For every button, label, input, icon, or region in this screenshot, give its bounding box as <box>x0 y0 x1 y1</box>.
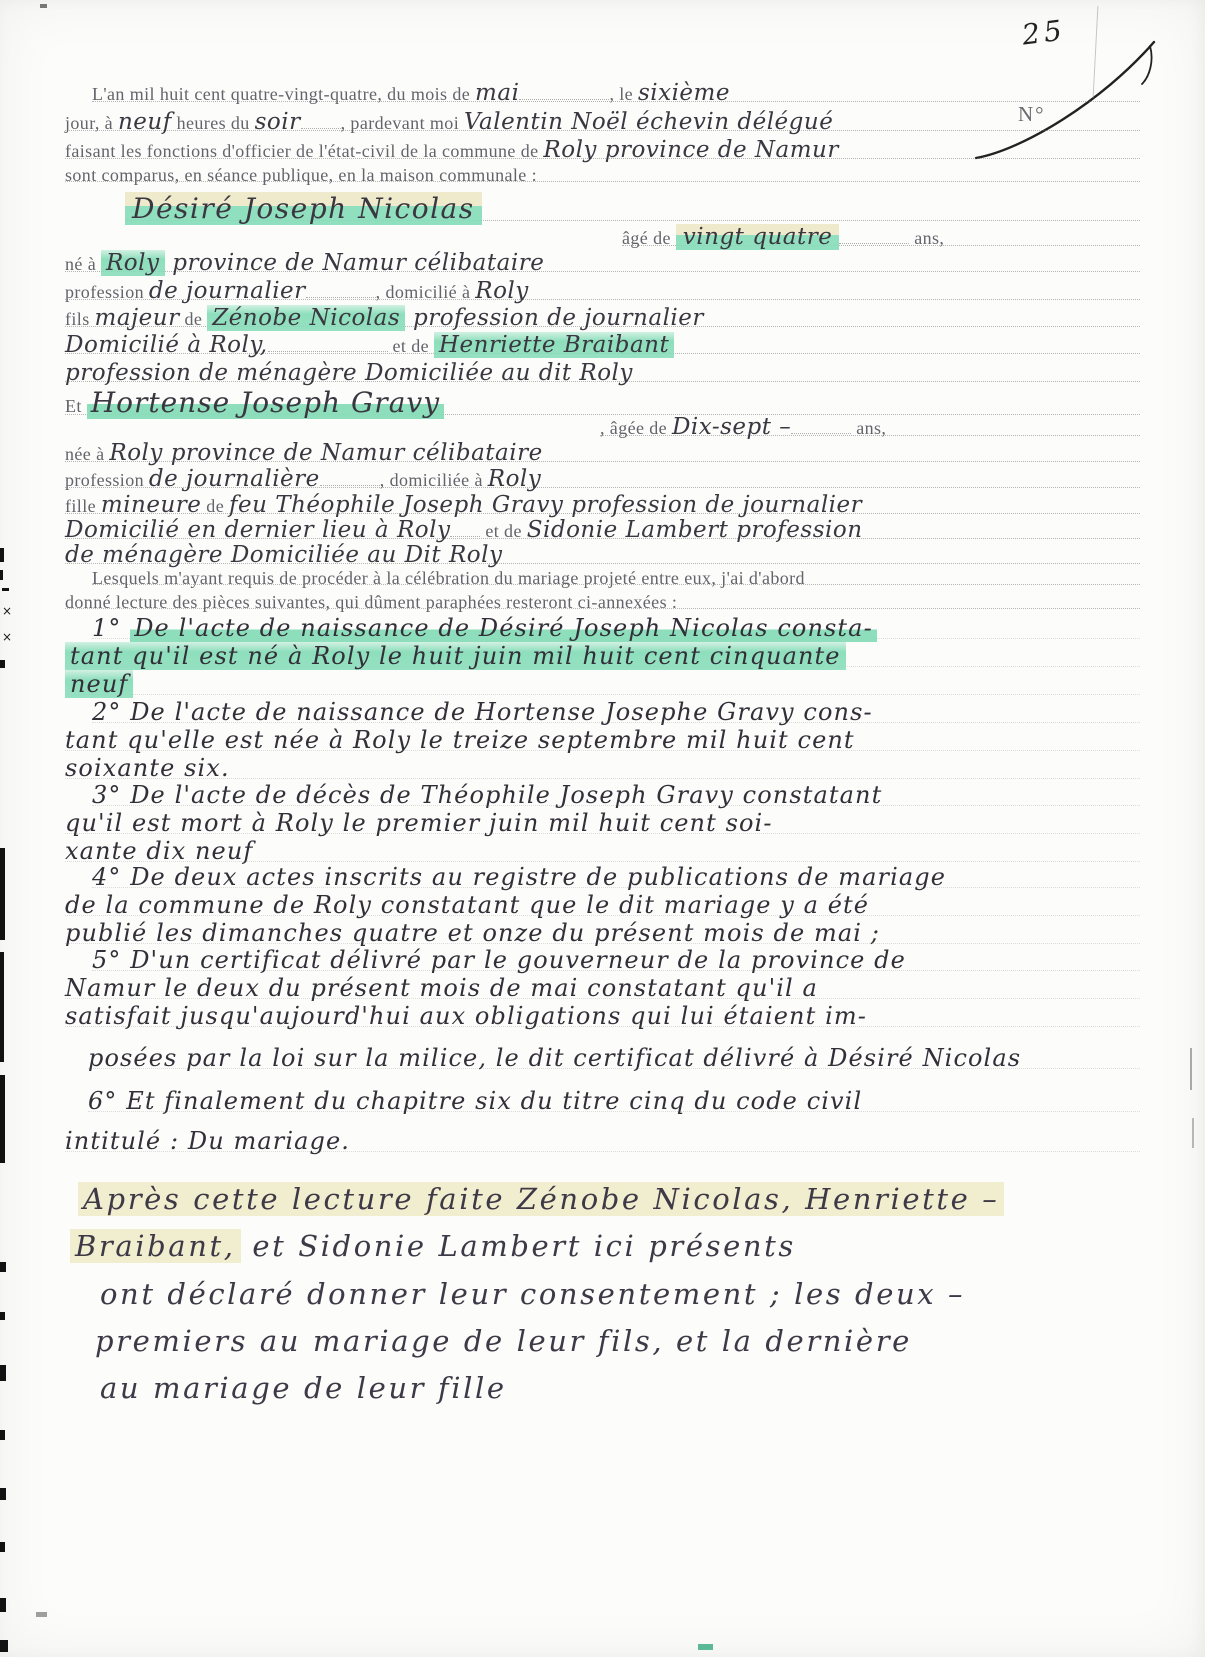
handwritten-text: 2° De l'acte de naissance de Hortense Jo… <box>92 698 873 726</box>
scan-artifact <box>0 1365 6 1381</box>
handwritten-text: tant qu'il est né à Roly le huit juin mi… <box>65 642 846 670</box>
handwritten-text: Henriette Braibant <box>434 332 674 358</box>
scan-artifact <box>0 1262 6 1272</box>
doc-line: neuf <box>65 671 133 699</box>
handwritten-text: profession de journalier <box>405 305 704 331</box>
handwritten-text: neuf <box>118 109 172 135</box>
handwritten-text: 3° De l'acte de décès de Théophile Josep… <box>92 781 882 809</box>
scan-artifact <box>36 1612 47 1617</box>
printed-text: donné lecture des pièces suivantes, qui … <box>65 592 677 612</box>
handwritten-text: Domicilié en dernier lieu à Roly <box>65 517 450 543</box>
handwritten-text: 4° De deux actes inscrits au registre de… <box>92 863 946 891</box>
doc-line: profession de ménagère Domiciliée au dit… <box>65 360 633 386</box>
doc-line: Désiré Joseph Nicolas <box>125 193 482 225</box>
doc-line: Namur le deux du présent mois de mai con… <box>65 975 818 1003</box>
dotted-rule <box>839 229 909 244</box>
printed-text: née à <box>65 444 109 464</box>
doc-line: soixante six. <box>65 755 230 783</box>
doc-line: sont comparus, en séance publique, en la… <box>65 165 537 186</box>
scan-artifact: × <box>2 630 12 644</box>
handwritten-text: 5° D'un certificat délivré par le gouver… <box>92 946 906 974</box>
scan-artifact <box>0 570 3 580</box>
handwritten-text: soixante six. <box>65 754 230 782</box>
printed-text: sont comparus, en séance publique, en la… <box>65 165 537 185</box>
printed-text: faisant les fonctions d'officier de l'ét… <box>65 141 543 161</box>
pen-flourish <box>962 32 1172 167</box>
printed-text: fils <box>65 309 95 329</box>
handwritten-text: vingt quatre <box>676 224 840 250</box>
scan-artifact <box>0 548 4 562</box>
scan-artifact <box>0 1542 5 1552</box>
doc-line: donné lecture des pièces suivantes, qui … <box>65 592 677 613</box>
handwritten-text: Roly province de Namur célibataire <box>109 440 542 466</box>
handwritten-text: tant qu'elle est née à Roly le treize se… <box>65 726 855 754</box>
printed-text: âgé de <box>622 228 676 248</box>
printed-text: , domicilié à <box>376 282 476 302</box>
handwritten-text: De l'acte de naissance de Désiré Joseph … <box>130 614 877 642</box>
dotted-rule <box>791 419 851 434</box>
handwritten-text: ont déclaré donner leur consentement ; l… <box>100 1277 965 1311</box>
handwritten-text: mai <box>475 80 519 106</box>
printed-text: fille <box>65 496 101 516</box>
doc-line: ont déclaré donner leur consentement ; l… <box>100 1278 965 1311</box>
handwritten-text: de ménagère Domiciliée au Dit Roly <box>65 542 502 568</box>
doc-line: Domicilié à Roly, et de Henriette Braiba… <box>65 332 674 358</box>
doc-line: posées par la loi sur la milice, le dit … <box>88 1045 1021 1073</box>
doc-line: fille mineure de feu Théophile Joseph Gr… <box>65 492 862 518</box>
handwritten-text: mineure <box>101 492 202 518</box>
doc-line: de la commune de Roly constatant que le … <box>65 892 869 920</box>
scan-artifact <box>0 1640 8 1652</box>
doc-line: Et Hortense Joseph Gravy <box>65 387 444 419</box>
handwritten-text: Roly <box>475 278 529 304</box>
printed-text: de <box>180 309 208 329</box>
doc-line: tant qu'elle est née à Roly le treize se… <box>65 727 855 755</box>
scan-artifact <box>1190 1048 1192 1090</box>
printed-text: ans, <box>851 418 886 438</box>
doc-line: au mariage de leur fille <box>100 1372 507 1405</box>
doc-line: intitulé : Du mariage. <box>65 1128 350 1156</box>
doc-line: né à Roly province de Namur célibataire <box>65 250 544 276</box>
printed-text: profession <box>65 282 149 302</box>
handwritten-text: Domicilié à Roly, <box>65 332 268 358</box>
handwritten-text: Hortense Joseph Gravy <box>87 386 444 419</box>
handwritten-text: Après cette lecture faite Zénobe Nicolas… <box>78 1182 1004 1216</box>
dotted-rule <box>320 471 380 486</box>
handwritten-text: sixième <box>638 80 730 106</box>
dotted-rule <box>519 85 609 100</box>
handwritten-text: Namur le deux du présent mois de mai con… <box>65 974 818 1002</box>
printed-text: , pardevant moi <box>341 113 464 133</box>
handwritten-text: au mariage de leur fille <box>100 1371 507 1405</box>
scan-artifact <box>0 952 4 1062</box>
marker-smudge <box>698 1644 713 1650</box>
doc-line: jour, à neuf heures du soir, pardevant m… <box>65 109 833 135</box>
printed-text: Lesquels m'ayant requis de procéder à la… <box>92 568 805 588</box>
doc-line: qu'il est mort à Roly le premier juin mi… <box>65 810 773 838</box>
handwritten-text: majeur <box>95 305 180 331</box>
doc-line: 6° Et finalement du chapitre six du titr… <box>88 1088 862 1116</box>
handwritten-text: Roly province de Namur <box>543 137 838 163</box>
doc-line: Braibant, et Sidonie Lambert ici présent… <box>70 1230 796 1263</box>
handwritten-text: publié les dimanches quatre et onze du p… <box>65 919 880 947</box>
printed-text: profession <box>65 470 149 490</box>
printed-text: de <box>201 496 229 516</box>
doc-line: 3° De l'acte de décès de Théophile Josep… <box>92 782 882 810</box>
handwritten-text: neuf <box>65 670 133 698</box>
scan-artifact: × <box>2 604 12 618</box>
doc-line: premiers au mariage de leur fils, et la … <box>95 1325 912 1358</box>
scan-artifact <box>0 1312 5 1320</box>
handwritten-text: qu'il est mort à Roly le premier juin mi… <box>65 809 773 837</box>
doc-line: xante dix neuf <box>65 838 253 866</box>
doc-line: 1° De l'acte de naissance de Désiré Jose… <box>92 615 877 643</box>
printed-text: et de <box>388 336 434 356</box>
doc-line: 5° D'un certificat délivré par le gouver… <box>92 947 906 975</box>
doc-line: née à Roly province de Namur célibataire <box>65 440 543 466</box>
doc-line: L'an mil huit cent quatre-vingt-quatre, … <box>92 80 730 106</box>
doc-line: faisant les fonctions d'officier de l'ét… <box>65 137 839 163</box>
printed-text: heures du <box>172 113 255 133</box>
handwritten-text: xante dix neuf <box>65 837 253 865</box>
handwritten-text: Zénobe Nicolas <box>207 305 405 331</box>
printed-text: et de <box>480 521 526 541</box>
printed-text: ans, <box>909 228 944 248</box>
handwritten-text: feu Théophile Joseph Gravy profession de… <box>229 492 862 518</box>
handwritten-text: profession de ménagère Domiciliée au dit… <box>65 360 633 386</box>
handwritten-text: 6° Et finalement du chapitre six du titr… <box>88 1087 862 1115</box>
printed-text: né à <box>65 254 101 274</box>
scanned-document-page: 25 N° L'an mil huit cent quatre-vingt-qu… <box>0 0 1205 1657</box>
handwritten-text: et Sidonie Lambert ici présents <box>241 1229 796 1263</box>
handwritten-text: Roly <box>101 250 165 276</box>
scan-artifact <box>0 1075 5 1163</box>
dotted-rule <box>301 114 341 129</box>
handwritten-text: Roly <box>488 466 542 492</box>
scan-artifact <box>1192 1118 1194 1148</box>
scan-artifact <box>0 848 5 940</box>
dotted-rule <box>450 522 480 537</box>
handwritten-text: Braibant, <box>70 1229 241 1263</box>
doc-line: fils majeur de Zénobe Nicolas profession… <box>65 305 704 331</box>
printed-text: , le <box>609 84 638 104</box>
handwritten-text: de journalière <box>149 466 320 492</box>
doc-line: publié les dimanches quatre et onze du p… <box>65 920 880 948</box>
handwritten-text: Désiré Joseph Nicolas <box>125 192 482 225</box>
dotted-rule <box>268 337 388 352</box>
handwritten-text: soir <box>255 109 301 135</box>
doc-line: Après cette lecture faite Zénobe Nicolas… <box>78 1183 1004 1216</box>
form-number-label: N° <box>1018 102 1046 127</box>
doc-line: satisfait jusqu'aujourd'hui aux obligati… <box>65 1003 867 1031</box>
handwritten-text: de journalier <box>149 278 306 304</box>
doc-line: , âgée de Dix-sept – ans, <box>600 414 886 440</box>
scan-artifact <box>0 1430 5 1440</box>
dotted-rule <box>306 283 376 298</box>
doc-line: 2° De l'acte de naissance de Hortense Jo… <box>92 699 873 727</box>
handwritten-text: Sidonie Lambert profession <box>527 517 863 543</box>
handwritten-text: province de Namur célibataire <box>165 250 545 276</box>
doc-line: de ménagère Domiciliée au Dit Roly <box>65 542 502 568</box>
printed-text: L'an mil huit cent quatre-vingt-quatre, … <box>92 84 475 104</box>
dotted-rule <box>65 694 1140 695</box>
doc-line: Domicilié en dernier lieu à Roly et de S… <box>65 517 863 543</box>
printed-text: , domiciliée à <box>380 470 488 490</box>
doc-line: tant qu'il est né à Roly le huit juin mi… <box>65 643 846 671</box>
printed-text: , âgée de <box>600 418 672 438</box>
scan-artifact <box>0 1598 6 1612</box>
scan-artifact <box>2 588 9 591</box>
handwritten-text: Dix-sept – <box>672 414 791 440</box>
handwritten-text: 1° <box>92 614 130 642</box>
handwritten-text: posées par la loi sur la milice, le dit … <box>88 1044 1021 1072</box>
handwritten-text: de la commune de Roly constatant que le … <box>65 891 869 919</box>
doc-line: profession de journalière, domiciliée à … <box>65 466 541 492</box>
doc-line: profession de journalier, domicilié à Ro… <box>65 278 529 304</box>
handwritten-text: premiers au mariage de leur fils, et la … <box>95 1324 912 1358</box>
doc-line: âgé de vingt quatre ans, <box>622 224 944 250</box>
printed-text: Et <box>65 396 87 416</box>
doc-line: 4° De deux actes inscrits au registre de… <box>92 864 946 892</box>
scan-artifact <box>0 1488 6 1500</box>
handwritten-text: Valentin Noël échevin délégué <box>464 109 833 135</box>
handwritten-text: satisfait jusqu'aujourd'hui aux obligati… <box>65 1002 867 1030</box>
printed-text: jour, à <box>65 113 118 133</box>
scan-artifact <box>0 660 5 668</box>
scan-artifact <box>40 4 47 8</box>
doc-line: Lesquels m'ayant requis de procéder à la… <box>92 568 805 589</box>
handwritten-text: intitulé : Du mariage. <box>65 1127 350 1155</box>
